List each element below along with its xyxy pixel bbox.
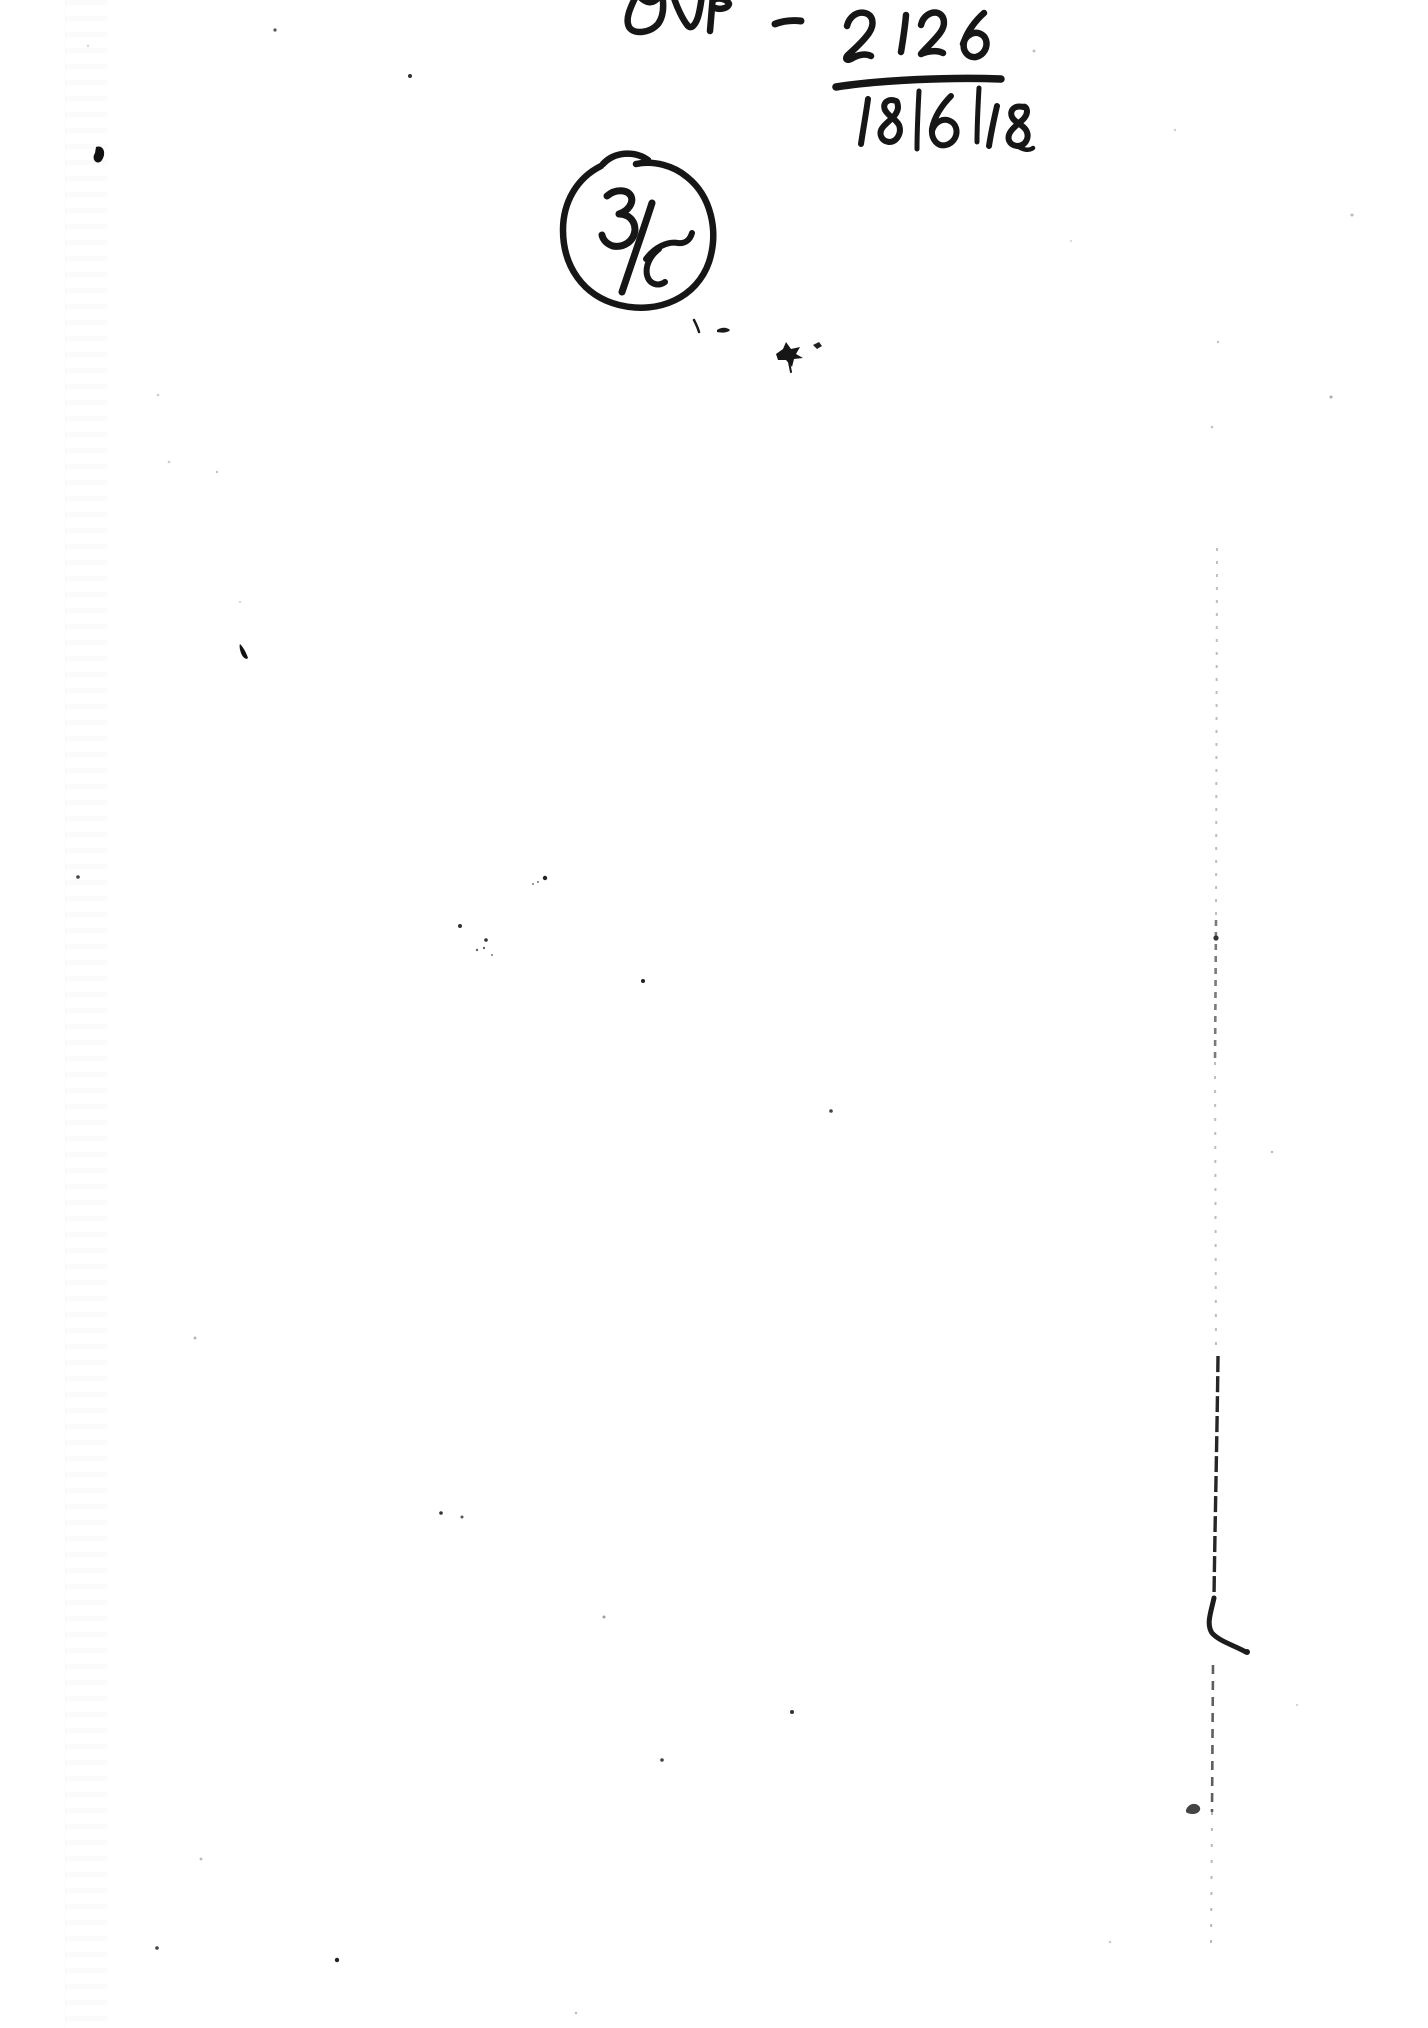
scanner-line-artifact: [1209, 548, 1250, 1948]
ink-comma-mark: [94, 146, 105, 162]
handwritten-date: [861, 88, 1033, 150]
scanner-line-hook: [1209, 1598, 1246, 1652]
scanned-page: DVP - 2126 18|6|18 3/5: [0, 0, 1428, 2028]
ink-layer: [0, 0, 1428, 2028]
handwritten-reference: [628, 0, 1001, 87]
scan-specks: [76, 28, 1353, 2014]
handwritten-page-mark: [563, 154, 713, 308]
ink-smudge: [1186, 1804, 1200, 1814]
ink-tick-mark: [240, 644, 248, 659]
